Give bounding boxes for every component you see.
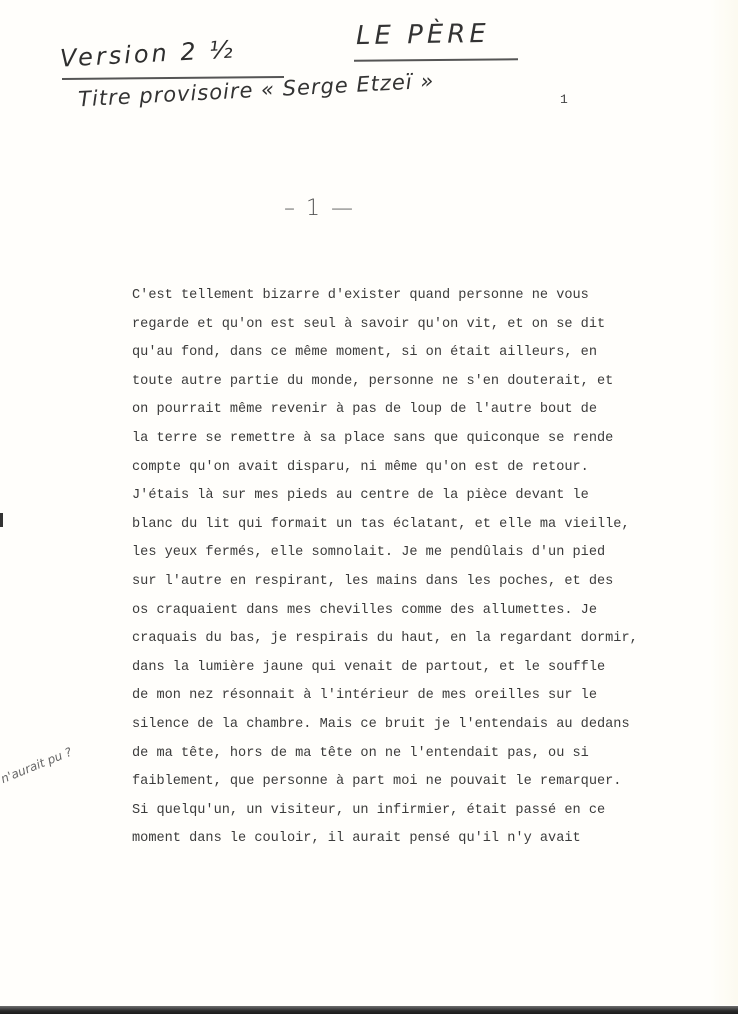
title-underline — [354, 58, 518, 61]
handwritten-title: LE PÈRE — [356, 19, 490, 51]
page-edge-shadow — [710, 0, 738, 1005]
text-line: J'étais là sur mes pieds au centre de la… — [132, 482, 672, 511]
handwritten-version: Version 2 ½ — [59, 35, 236, 72]
scan-edge-mark — [0, 513, 3, 527]
page-number: 1 — [560, 92, 568, 107]
text-line: compte qu'on avait disparu, ni même qu'o… — [132, 454, 672, 483]
text-line: Si quelqu'un, un visiteur, un infirmier,… — [132, 797, 672, 826]
text-line: on pourrait même revenir à pas de loup d… — [132, 396, 672, 425]
text-line: craquais du bas, je respirais du haut, e… — [132, 625, 672, 654]
text-line: les yeux fermés, elle somnolait. Je me p… — [132, 539, 672, 568]
chapter-mark: – 1 — — [284, 196, 355, 221]
manuscript-page: LE PÈRE Version 2 ½ Titre provisoire « S… — [0, 0, 738, 1014]
text-line: de mon nez résonnait à l'intérieur de me… — [132, 682, 672, 711]
margin-annotation: n'aurait pu ? — [0, 745, 74, 786]
text-line: sur l'autre en respirant, les mains dans… — [132, 568, 672, 597]
scan-bottom-edge — [0, 1006, 738, 1014]
text-line: blanc du lit qui formait un tas éclatant… — [132, 511, 672, 540]
typed-body-text: C'est tellement bizarre d'exister quand … — [132, 282, 672, 854]
text-line: de ma tête, hors de ma tête on ne l'ente… — [132, 740, 672, 769]
text-line: os craquaient dans mes chevilles comme d… — [132, 597, 672, 626]
text-line: qu'au fond, dans ce même moment, si on é… — [132, 339, 672, 368]
text-line: la terre se remettre à sa place sans que… — [132, 425, 672, 454]
text-line: toute autre partie du monde, personne ne… — [132, 368, 672, 397]
text-line: moment dans le couloir, il aurait pensé … — [132, 825, 672, 854]
text-line: C'est tellement bizarre d'exister quand … — [132, 282, 672, 311]
text-line: dans la lumière jaune qui venait de part… — [132, 654, 672, 683]
text-line: faiblement, que personne à part moi ne p… — [132, 768, 672, 797]
text-line: silence de la chambre. Mais ce bruit je … — [132, 711, 672, 740]
text-line: regarde et qu'on est seul à savoir qu'on… — [132, 311, 672, 340]
handwritten-subtitle: Titre provisoire « Serge Etzeï » — [78, 69, 435, 112]
